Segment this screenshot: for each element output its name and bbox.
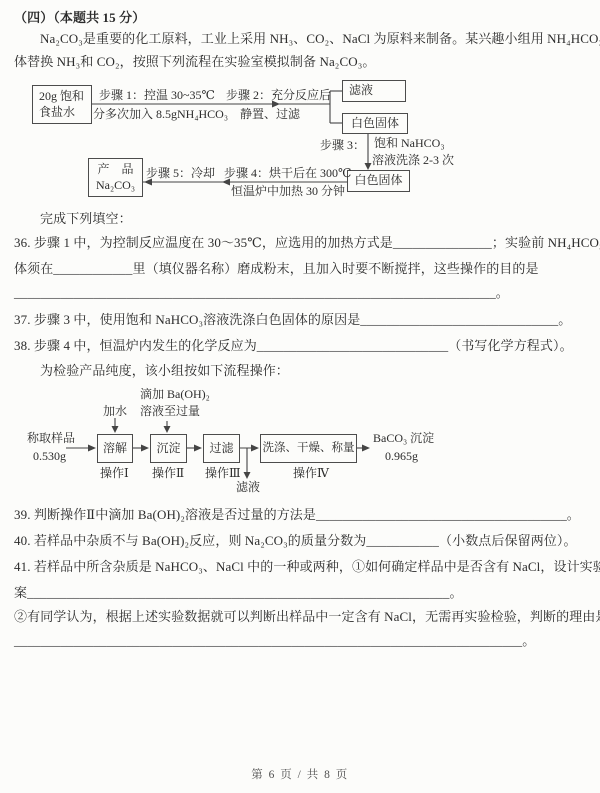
sample-mass: 0.530g xyxy=(33,449,66,463)
page-footer: 第 6 页 / 共 8 页 xyxy=(0,766,600,782)
box-filtrate: 滤液 xyxy=(342,80,406,102)
box-precipitate: 沉淀 xyxy=(150,434,187,463)
question-38: 38. 步骤 4 中，恒温炉内发生的化学反应为_________________… xyxy=(14,337,573,355)
question-41-line4: ________________________________________… xyxy=(14,632,535,650)
question-41-line3: ②有同学认为，根据上述实验数据就可以判断出样品中一定含有 NaCl，无需再实验检… xyxy=(14,608,600,626)
box-dissolve-label: 溶解 xyxy=(103,441,127,457)
box-filter: 过滤 xyxy=(203,434,240,463)
step3-note-line1: 饱和 NaHCO₃ xyxy=(374,136,445,150)
step2-label-top: 步骤 2：充分反应后 xyxy=(226,88,331,102)
op4-label: 操作Ⅳ xyxy=(293,466,329,480)
box-wash-label: 洗涤、干燥、称量 xyxy=(263,441,355,456)
box-white-solid-1-label: 白色固体 xyxy=(351,116,399,132)
question-36-line3: ________________________________________… xyxy=(14,284,509,302)
drop-note-line2: 溶液至过量 xyxy=(140,404,200,418)
box-white-solid-1: 白色固体 xyxy=(342,113,408,134)
box-precipitate-label: 沉淀 xyxy=(156,441,180,457)
question-36-line2: 体须在____________里（填仪器名称）磨成粉末，且加入时要不断搅拌，这些… xyxy=(14,260,539,278)
op3-label: 操作Ⅲ xyxy=(205,466,241,480)
step5-label: 步骤 5：冷却 xyxy=(146,166,215,180)
question-37: 37. 步骤 3 中，使用饱和 NaHCO₃溶液洗涤白色固体的原因是______… xyxy=(14,311,571,329)
step3-note-line2: 溶液洗涤 2-3 次 xyxy=(372,153,454,167)
box-dissolve: 溶解 xyxy=(97,434,133,463)
box-product: 产 品 Na₂CO₃ xyxy=(88,158,143,197)
flowchart-preparation: 20g 饱和 食盐水 步骤 1：控温 30~35℃ 分多次加入 8.5gNH₄H… xyxy=(0,80,600,205)
question-36-line1: 36. 步骤 1 中，为控制反应温度在 30～35℃，应选用的加热方式是____… xyxy=(14,234,600,252)
exam-page: （四）（本题共 15 分） Na₂CO₃是重要的化工原料，工业上采用 NH₃、C… xyxy=(0,0,600,793)
flowchart-purity-check: 滴加 Ba(OH)₂ 溶液至过量 加水 称取样品 0.530g 溶解 操作Ⅰ 沉… xyxy=(0,385,600,500)
box-saline-line2: 食盐水 xyxy=(39,105,75,121)
question-41-line1: 41. 若样品中所含杂质是 NaHCO₃、NaCl 中的一种或两种，①如何确定样… xyxy=(14,558,600,576)
sample-label: 称取样品 xyxy=(27,431,75,445)
box-saline-water: 20g 饱和 食盐水 xyxy=(32,85,92,124)
section-header: （四）（本题共 15 分） xyxy=(14,9,145,27)
step1-label-top: 步骤 1：控温 30~35℃ xyxy=(99,88,215,102)
step4-label-top: 步骤 4：烘干后在 300℃ xyxy=(224,166,351,180)
fill-prompt: 完成下列填空： xyxy=(40,210,132,228)
step1-label-bottom: 分多次加入 8.5gNH₄HCO₃ xyxy=(93,107,228,121)
op1-label: 操作Ⅰ xyxy=(100,466,129,480)
purity-intro: 为检验产品纯度，该小组按如下流程操作： xyxy=(40,362,289,380)
intro-line-1: Na₂CO₃是重要的化工原料，工业上采用 NH₃、CO₂、NaCl 为原料来制备… xyxy=(40,30,600,48)
box-product-line2: Na₂CO₃ xyxy=(96,178,135,194)
intro-line-2: 体替换 NH₃和 CO₂，按照下列流程在实验室模拟制备 Na₂CO₃。 xyxy=(14,53,375,71)
step2-label-bottom: 静置、过滤 xyxy=(240,107,300,121)
box-filtrate-label: 滤液 xyxy=(349,83,373,99)
op2-label: 操作Ⅱ xyxy=(152,466,184,480)
filtrate2-label: 滤液 xyxy=(236,480,260,494)
box-white-solid-2-label: 白色固体 xyxy=(354,173,402,189)
box-saline-line1: 20g 饱和 xyxy=(39,89,84,105)
question-39: 39. 判断操作Ⅱ中滴加 Ba(OH)₂溶液是否过量的方法是__________… xyxy=(14,506,580,524)
step3-label: 步骤 3： xyxy=(320,138,365,152)
step4-label-bottom: 恒温炉中加热 30 分钟 xyxy=(231,184,345,198)
water-note: 加水 xyxy=(103,404,127,418)
box-product-line1: 产 品 xyxy=(97,162,133,178)
drop-note-line1: 滴加 Ba(OH)₂ xyxy=(140,387,210,401)
box-wash-dry-weigh: 洗涤、干燥、称量 xyxy=(260,434,357,463)
question-41-line2: 案_______________________________________… xyxy=(14,584,463,602)
box-filter-label: 过滤 xyxy=(209,441,233,457)
box-white-solid-2: 白色固体 xyxy=(347,170,410,192)
question-40: 40. 若样品中杂质不与 Ba(OH)₂反应，则 Na₂CO₃的质量分数为___… xyxy=(14,532,577,550)
result-label: BaCO₃ 沉淀 xyxy=(373,431,434,445)
result-mass: 0.965g xyxy=(385,449,418,463)
